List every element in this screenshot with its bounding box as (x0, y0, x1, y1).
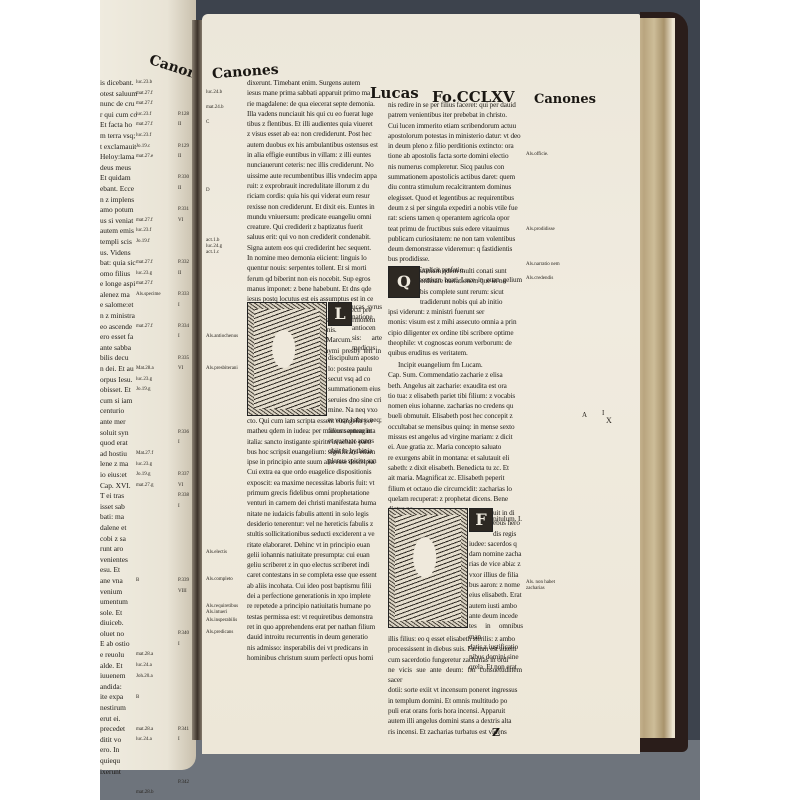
text-line: isset sab (100, 502, 137, 513)
right-page: Canones Lucas Fo.CCLXV Canones dixerunt.… (202, 14, 640, 754)
text-line: tio tua: z elisabeth pariet tibi filium:… (388, 391, 522, 401)
scripture-reference: mat.27.f (136, 260, 153, 266)
text-line: dalene et (100, 523, 137, 534)
scripture-reference: mat.27.f (136, 324, 153, 330)
text-line: T ei tras (100, 491, 137, 502)
text-line: rias de vice abia: z (469, 559, 523, 569)
text-line: Cap. XVI. (100, 481, 137, 492)
text-line: ferum qd biberint non eis nocebit. Sup e… (247, 274, 381, 284)
text-line: mine. Na neq vxo (328, 405, 382, 415)
scripture-reference: mat.27.e (136, 154, 153, 160)
text-line: cipio diligenter ex ordine tibi scribere… (388, 328, 522, 338)
text-line: sole. Et (100, 608, 137, 619)
scripture-reference: mat.27.f (136, 122, 153, 128)
text-line: io eius:et (100, 470, 137, 481)
scripture-reference: Jo.19.g (136, 472, 150, 478)
text-line: t exclamauit (100, 142, 137, 153)
marginal-note: Als.presbiterani (206, 366, 238, 372)
text-line: quibus eruditus es veritatem. (388, 348, 522, 358)
text-line: ucas syrus natione (328, 302, 382, 323)
text-line: dauid introitu recurrentis in deum gener… (247, 632, 381, 642)
text-line: in templum domini. Et omnis multitudo po (388, 696, 522, 706)
text-line: in alia effigie euntibus in villam: z il… (247, 150, 381, 160)
text-line: e salome:et (100, 300, 137, 311)
chapter-summary: Cap. Sum. Commendatio zacharie z elisabe… (388, 370, 522, 514)
text-line: desiderio tenerentur: vel ne hereticis f… (247, 519, 381, 529)
text-line: ipsi viderunt: z ministri fuerunt ser (388, 307, 522, 317)
text-line: nis numerus compleretur. Sicq paulus con (388, 162, 522, 172)
text-line: autem iusti ambo (469, 601, 523, 611)
text-line: nunciauerunt ceteris: nec illis credider… (247, 160, 381, 170)
text-line: summationem apostolicis actibus daret: q… (388, 172, 522, 182)
text-line: iudee: sacerdos q (469, 539, 523, 549)
text-line: Et quidam (100, 173, 137, 184)
text-line: In nomine meo demonia eiicient: linguis … (247, 253, 381, 263)
left-page: Canones is dicebant.otest saluumnunc de … (100, 0, 196, 770)
text-line: bus aaron: z nome (469, 580, 523, 590)
scripture-reference: luc.24.a (136, 663, 152, 669)
text-line: seruies dno sine cri (328, 395, 382, 405)
scripture-reference: luc.23.f (136, 228, 151, 234)
text-line: hominibus christum suum perfecti opus ho… (247, 653, 381, 663)
text-line: n z ministra (100, 311, 137, 322)
canon-number: VIII (178, 589, 187, 595)
prohemium-text: uoniam qdem multi conati suntordinare na… (388, 266, 522, 359)
text-line: ante deum incede (469, 611, 523, 621)
text-line: runt aro (100, 544, 137, 555)
text-line: ebant. Ecce (100, 184, 137, 195)
scripture-reference: Jo.19.f (136, 239, 150, 245)
canon-number: P.342 (178, 780, 189, 786)
text-line: us si veniat (100, 216, 137, 227)
text-line: nomen eius iohanne. zacharias no credens… (388, 401, 522, 411)
text-line: re exurgens abiit in montana: et salutau… (388, 453, 522, 463)
woodcut-zacharias-with-ox (388, 508, 468, 628)
text-line: uissime aute recumbentibus illis vndecim… (247, 171, 381, 181)
text-line: rie magdalene: de qua eiecerat septe dem… (247, 99, 381, 109)
text-line: deum demonstrasse videremur: q fastidien… (388, 244, 522, 254)
text-line: apostolorum potestas in ministerio datur… (388, 131, 522, 141)
left-text-column: is dicebant.otest saluumnunc de crur qui… (100, 78, 137, 777)
text-line: dis regis (469, 529, 523, 539)
text-line: dotii: sorte exiit vt incensum poneret i… (388, 685, 522, 695)
canon-number: II (178, 271, 181, 277)
text-line: ero. In (100, 745, 137, 756)
canon-letter-A: A (582, 412, 587, 418)
text-line: venium (100, 587, 137, 598)
text-line: eo ascende (100, 322, 137, 333)
text-line: monis: visum est z mihi assecuto omnia a… (388, 317, 522, 327)
text-line: puli erat orans foris hora incensi. Appa… (388, 706, 522, 716)
scripture-reference: Mat.28.a (136, 366, 154, 372)
text-line: ane vna (100, 576, 137, 587)
text-line: autem emis (100, 226, 137, 237)
text-line: mundu vniuersum: predicate euangeliu omn… (247, 212, 381, 222)
canon-number: P.129 (178, 144, 189, 150)
incipit-gospel-block: Incipit euangelium fm Lucam. Cap. Sum. C… (388, 360, 522, 525)
scripture-reference: mat.28.a (136, 727, 153, 733)
book-photograph: Canones is dicebant.otest saluumnunc de … (100, 0, 700, 800)
text-line: n dei. Et au (100, 364, 137, 375)
scripture-reference: luc.23.f (136, 133, 151, 139)
text-line: ruit: z exprobrauit incredulitate illoru… (247, 181, 381, 191)
text-line: riciam cordis: quia his qui viderat eum … (247, 191, 381, 201)
text-line: sabeth: z dixit elisabeth. Benedicta tu … (388, 463, 522, 473)
scripture-reference: mat.28.b (136, 790, 154, 796)
text-line: elegisset. Quod et legentibus ac require… (388, 193, 522, 203)
column-2-top-text: nis redire in se per filius faceret: qui… (388, 100, 522, 265)
text-line: Signa autem eos qui crediderint hec sequ… (247, 243, 381, 253)
text-line: missus est angelus ad virgine mariam: z … (388, 432, 522, 442)
text-line: manus imponet: z bene habebunt. Et dns q… (247, 284, 381, 294)
text-line: cobi z sa (100, 534, 137, 545)
text-line: deus meus (100, 163, 137, 174)
text-line: Cui extra ea que ordo euagelice disposit… (247, 467, 381, 477)
text-line: ixerunt (100, 767, 137, 778)
text-line: geliu scriberet z in quo electus scriber… (247, 560, 381, 570)
text-line: ris incensi. Et zacharias turbatus est v… (388, 727, 522, 737)
text-line: quod erat (100, 438, 137, 449)
canon-number: P.336 (178, 430, 189, 436)
text-line: Illa vadens nunciauit his qui cu eo fuer… (247, 109, 381, 119)
text-line: z visus esset ab ea: non crediderunt. Po… (247, 129, 381, 139)
text-line: cto. Qui cum iam scripta essent euangeli… (247, 416, 381, 426)
text-line: antiocen (328, 323, 382, 333)
text-line: rat: sciens tamen q operantem agricola o… (388, 213, 522, 223)
scripture-reference: mat.27.f (136, 91, 153, 97)
canon-number: P.337 (178, 472, 189, 478)
text-line: ante mer (100, 417, 137, 428)
marginal-note: Als.predicans (206, 630, 233, 636)
text-line: tibus z flentibus. Et illi audientes qui… (247, 119, 381, 129)
text-line: autem duobus ex his ambulantibus ostensu… (247, 140, 381, 150)
canon-number: II (178, 186, 181, 192)
signature-mark: Z (492, 726, 500, 739)
text-line: quelam recuperat: z prophetat dicens. Be… (388, 494, 522, 504)
text-line: lo: postea paulu (328, 364, 382, 374)
text-line: ante sabba (100, 343, 137, 354)
column-1-bottom-text: cto. Qui cum iam scripta essent euangeli… (247, 416, 381, 663)
text-line: orpus Iesu. (100, 375, 137, 386)
text-line: discipulum aposto (328, 353, 382, 363)
text-line: bat: quia sic (100, 258, 137, 269)
canon-numeral: I (602, 410, 604, 416)
text-line: tione ab apostolis facta sorte domini el… (388, 151, 522, 161)
text-line: deum z si per singula expediri a nobis v… (388, 203, 522, 213)
canon-number: I (178, 334, 180, 340)
text-line: ordinare narrationem que in no (388, 276, 522, 286)
text-line: tradiderunt nobis qui ab initio (388, 297, 522, 307)
scripture-reference: B (136, 578, 139, 584)
scripture-reference: luc.23.b (136, 80, 152, 86)
text-line: teat primu de fructibus suis edere vitau… (388, 224, 522, 234)
text-line: ebus hero (469, 518, 523, 528)
text-line: umentum (100, 597, 137, 608)
text-line: saluus erit: qui vo non crediderit conde… (247, 232, 381, 242)
canon-number: I (178, 737, 180, 743)
text-line: sis: arte medicus: (328, 333, 382, 354)
text-line: ritate elaboraret. Dehinc vt in principi… (247, 540, 381, 550)
text-line: rexisse non crediderunt. Et dixit eis. E… (247, 202, 381, 212)
canon-number: VI (178, 366, 183, 372)
text-line: patrem venientibus iter prebebat in chri… (388, 110, 522, 120)
text-line: primum grecis fidelibus omni prophetatio… (247, 488, 381, 498)
canon-number: P.335 (178, 356, 189, 362)
text-line: publicam curiositatem: ne non tam volent… (388, 234, 522, 244)
text-line: templi scis (100, 237, 137, 248)
canon-number: P.341 (178, 727, 189, 733)
text-line: alde. Et (100, 661, 137, 672)
text-line: ad hostiu (100, 449, 137, 460)
text-line: erut ei. (100, 714, 137, 725)
text-line: alenez ma (100, 290, 137, 301)
text-line: diuiceb. (100, 618, 137, 629)
text-line: nis admisso: insperabilis dei vt predica… (247, 643, 381, 653)
text-line: iesus mane prima sabbati apparuit primo … (247, 88, 381, 98)
marginal-note: Als.antiochenus (206, 334, 238, 340)
canon-number: I (178, 504, 180, 510)
text-line: r qui cum co (100, 110, 137, 121)
text-line: testas permissa est: vt requiretibus dem… (247, 612, 381, 622)
text-line: in deum pleno z filio perditionis extinc… (388, 141, 522, 151)
canon-number: P.330 (178, 175, 189, 181)
text-line: gelii iohannis natiuitate presumpta: cui… (247, 550, 381, 560)
canon-number: I (178, 642, 180, 648)
text-line: ne vicis sue ante deum: fm consuetudinem… (388, 665, 522, 686)
text-line: ditit vo (100, 735, 137, 746)
text-line: occultabat se mensibus quinq: in mense s… (388, 422, 522, 432)
marginal-note: Als.narratio nem (526, 262, 560, 268)
text-line: quentur nouis: serpentes tollent. Et si … (247, 263, 381, 273)
text-line: centurio (100, 406, 137, 417)
text-line: bueli obmutuit. Elisabeth post hec conce… (388, 411, 522, 421)
text-line: is dicebant. (100, 78, 137, 89)
text-line: bus prodidisse. (388, 254, 522, 264)
text-line: illis filius: eo q esset elisabeth steri… (388, 634, 522, 644)
text-line: us. Videns (100, 248, 137, 259)
text-line: creature. Qui crediderit z baptizatus fu… (247, 222, 381, 232)
text-line: eius elisabeth. Erat (469, 590, 523, 600)
text-line: stultis sollicitationibus seducti excide… (247, 529, 381, 539)
scripture-reference: Als.specime (136, 292, 161, 298)
text-line: Cap. Sum. Commendatio zacharie z elisa (388, 370, 522, 380)
text-line: venientes (100, 555, 137, 566)
text-line: precedet (100, 724, 137, 735)
text-line: ite expa (100, 692, 137, 703)
text-line: e longe aspi (100, 279, 137, 290)
text-line: caret contestans in se completa esse que… (247, 570, 381, 580)
canon-number: P.128 (178, 112, 189, 118)
scripture-reference: Jo.19.g (136, 387, 150, 393)
scripture-reference: mat.27.f (136, 101, 153, 107)
canon-number: II (178, 122, 181, 128)
scripture-reference: mat.28.a (136, 652, 153, 658)
text-line: diu contra stimulum recalcitrantem domin… (388, 182, 522, 192)
text-line: oluet no (100, 629, 137, 640)
text-line: andida: (100, 682, 137, 693)
text-line: nis redire in se per filius faceret: qui… (388, 100, 522, 110)
canon-ref-X: X (606, 418, 612, 424)
text-line: summationem eius (328, 384, 382, 394)
canon-number: I (178, 440, 180, 446)
canon-number: P.332 (178, 260, 189, 266)
text-line: ei. Aue gratia zc. Maria concepto saluat… (388, 442, 522, 452)
canon-number: P.340 (178, 631, 189, 637)
text-line: lene z ma (100, 459, 137, 470)
marginal-note: luc.24.b (206, 90, 222, 96)
text-line: venturi in carnem dei christi manifestat… (247, 498, 381, 508)
text-line: cum si iam (100, 396, 137, 407)
scripture-reference: luc.23.g (136, 377, 152, 383)
text-line: bis complete sunt rerum: sicut (388, 287, 522, 297)
scripture-reference: Jo.19.c (136, 144, 150, 150)
text-line: Cui lucen immerito etiam scribendorum ac… (388, 121, 522, 131)
text-line: uit in di (469, 508, 523, 518)
text-line: nestirum (100, 703, 137, 714)
scripture-reference: mat.27.f (136, 281, 153, 287)
marginal-note: Als.officie. (526, 152, 548, 158)
text-line: uoniam qdem multi conati sunt (388, 266, 522, 276)
text-line: dei a perfectione generationis in xpo im… (247, 591, 381, 601)
marginal-note: D (206, 188, 210, 194)
running-head-right: Canones (534, 92, 596, 107)
text-line: vxor illius de filia (469, 570, 523, 580)
text-line: e reuolu (100, 650, 137, 661)
text-line: bus hoc scripsit euangelium: significans… (247, 447, 381, 457)
text-line: ret in quo apprehendens erat per nathan … (247, 622, 381, 632)
text-line: italia: sancto instigante spiritu in ach… (247, 437, 381, 447)
text-line: iuuenem (100, 671, 137, 682)
text-line: n z implens (100, 195, 137, 206)
scripture-reference: luc.23.g (136, 271, 152, 277)
text-line: m terra vsq; (100, 131, 137, 142)
woodcut-saint-luke-writing (247, 302, 327, 416)
text-line: Et facta ho (100, 120, 137, 131)
text-line: processissent in diebus suis. Factum est… (388, 644, 522, 654)
scripture-reference: mat.27.f (136, 218, 153, 224)
scripture-reference: B (136, 695, 139, 701)
text-line: bilis decu (100, 353, 137, 364)
text-line: obisset. Et (100, 385, 137, 396)
column-1-top-text: dixerunt. Timebant enim. Surgens autemie… (247, 78, 381, 335)
text-line: soluit syn (100, 428, 137, 439)
canon-number: P.334 (178, 324, 189, 330)
text-line: nitate ne iudaicis fabulis attenti in so… (247, 509, 381, 519)
text-line: filium et octauo die circumcidit: zachar… (388, 484, 522, 494)
canon-number: I (178, 303, 180, 309)
scripture-reference: Joh.20.a (136, 674, 153, 680)
canon-number: VI (178, 218, 183, 224)
text-line: omo filius (100, 269, 137, 280)
text-line: secut vsq ad co (328, 374, 382, 384)
canon-number: P.331 (178, 207, 189, 213)
text-line: cum sacerdotio fungeretur zacharias in o… (388, 655, 522, 665)
column-2-bottom-text: illis filius: eo q esset elisabeth steri… (388, 634, 522, 737)
marginal-note: Als.intueri (206, 610, 227, 616)
text-line: exposcit: ea maxime necessitas laboris f… (247, 478, 381, 488)
canon-number: P.339 (178, 578, 189, 584)
marginal-note: Als.insperabilis (206, 618, 237, 624)
marginal-note: Als.completo (206, 577, 233, 583)
text-line: esu. Et (100, 565, 137, 576)
marginal-note: act.1.c (206, 250, 219, 256)
canon-number: VI (178, 483, 183, 489)
text-line: re repetede a principio natiuitatis huma… (247, 601, 381, 611)
text-line: ipse in principio ante suum alia esse de… (247, 457, 381, 467)
text-line: ab aliis incohata. Cui ideo post baptism… (247, 581, 381, 591)
marginal-note: mat.24.b (206, 105, 224, 111)
text-line: ait maria. Magnificat zc. Elisabeth pepe… (388, 473, 522, 483)
text-line: quiequ (100, 756, 137, 767)
canon-number: P.333 (178, 292, 189, 298)
text-line: dam nomine zacha (469, 549, 523, 559)
marginal-note: C (206, 120, 209, 126)
text-line: otest saluum (100, 89, 137, 100)
text-line: dixerunt. Timebant enim. Surgens autem (247, 78, 381, 88)
marginal-note: zacharias (526, 586, 545, 592)
text-line: matheu qdem in iudea: per marcum autem i… (247, 426, 381, 436)
scripture-reference: luc.23.g (136, 462, 152, 468)
text-line: bati: ma (100, 512, 137, 523)
scripture-reference: luc.23.f (136, 112, 151, 118)
text-line: amo potum (100, 205, 137, 216)
marginal-note: Als.credendis (526, 276, 553, 282)
text-line: ero esset fa (100, 332, 137, 343)
scripture-reference: luc.24.a (136, 737, 152, 743)
text-line: beth. Angelus ait zacharie: exaudita est… (388, 381, 522, 391)
incipit-gospel: Incipit euangelium fm Lucam. (388, 360, 522, 370)
scripture-reference: Mat.27.f (136, 451, 153, 457)
text-line: autem illi angelus domini stans a dextri… (388, 716, 522, 726)
marginal-note: Als.electis (206, 550, 227, 556)
canon-number: II (178, 154, 181, 160)
scripture-reference: mat.27.g (136, 483, 154, 489)
text-line: theophile: vt cognoscas eorum verborum: … (388, 338, 522, 348)
marginal-note: Als.prodidisse (526, 227, 555, 233)
text-line: nunc de cru (100, 99, 137, 110)
text-line: Heloy:lama (100, 152, 137, 163)
canon-number: P.338 (178, 493, 189, 499)
text-line: E ab ostio (100, 639, 137, 650)
